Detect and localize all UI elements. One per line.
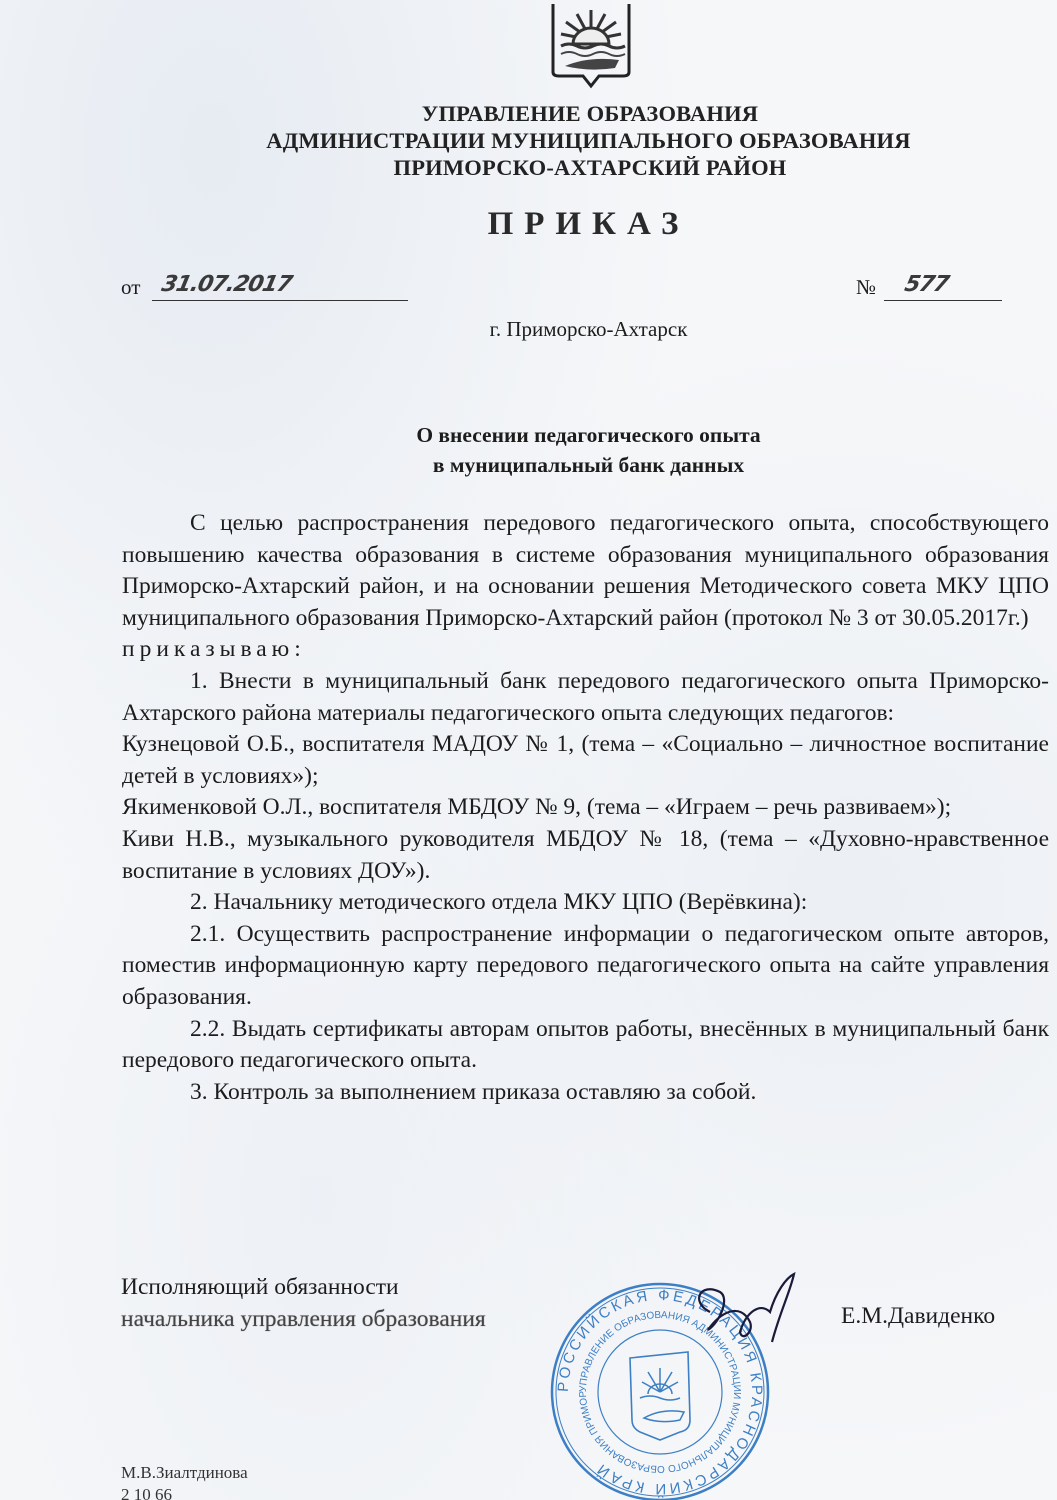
- item-3: 3. Контроль за выполнением приказа остав…: [122, 1077, 1049, 1109]
- handwritten-date: 31.07.2017: [159, 272, 294, 297]
- subject-line-2: в муниципальный банк данных: [0, 450, 1057, 480]
- subject-line-1: О внесении педагогического опыта: [0, 420, 1057, 450]
- position-line-1: Исполняющий обязанности: [121, 1271, 486, 1303]
- item-2: 2. Начальнику методического отдела МКУ Ц…: [122, 887, 1049, 919]
- signatory-name: Е.М.Давиденко: [841, 1303, 995, 1330]
- org-name-line-2: АДМИНИСТРАЦИИ МУНИЦИПАЛЬНОГО ОБРАЗОВАНИЯ: [0, 128, 1057, 153]
- signatory-position: Исполняющий обязанности начальника управ…: [121, 1271, 486, 1335]
- executor-name: М.В.Зиалтдинова: [121, 1462, 248, 1484]
- number-label: №: [856, 275, 876, 300]
- preamble-paragraph: С целью распространения передового педаг…: [122, 508, 1049, 634]
- document-type-title: ПРИКАЗ: [0, 206, 1057, 243]
- item-2-2: 2.2. Выдать сертификаты авторам опытов р…: [122, 1014, 1049, 1077]
- org-name-line-3: ПРИМОРСКО-АХТАРСКИЙ РАЙОН: [0, 155, 1057, 180]
- date-underline: [152, 300, 408, 301]
- position-line-2: начальника управления образования: [121, 1303, 486, 1335]
- executor-phone: 2 10 66: [121, 1484, 248, 1500]
- teacher-entry: Киви Н.В., музыкального руководителя МБД…: [122, 824, 1049, 887]
- order-body: С целью распространения передового педаг…: [122, 508, 1049, 1108]
- item-2-1: 2.1. Осуществить распространение информа…: [122, 919, 1049, 1014]
- document-page: УПРАВЛЕНИЕ ОБРАЗОВАНИЯ АДМИНИСТРАЦИИ МУН…: [0, 0, 1057, 1500]
- number-underline: [884, 300, 1002, 301]
- order-subject: О внесении педагогического опыта в муниц…: [0, 420, 1057, 480]
- item-1: 1. Внести в муниципальный банк передовог…: [122, 666, 1049, 729]
- teacher-entry: Якименковой О.Л., воспитателя МБДОУ № 9,…: [122, 792, 1049, 824]
- org-name-line-1: УПРАВЛЕНИЕ ОБРАЗОВАНИЯ: [0, 101, 1057, 126]
- order-word: приказываю:: [122, 634, 1049, 666]
- teacher-entry: Кузнецовой О.Б., воспитателя МАДОУ № 1, …: [122, 729, 1049, 792]
- executor-info: М.В.Зиалтдинова 2 10 66: [121, 1462, 248, 1500]
- handwritten-signature: [690, 1272, 800, 1362]
- coat-of-arms-icon: [549, 2, 633, 90]
- date-label: от: [121, 275, 140, 300]
- city-location: г. Приморско-Ахтарск: [0, 317, 1057, 342]
- handwritten-number: 577: [902, 272, 950, 297]
